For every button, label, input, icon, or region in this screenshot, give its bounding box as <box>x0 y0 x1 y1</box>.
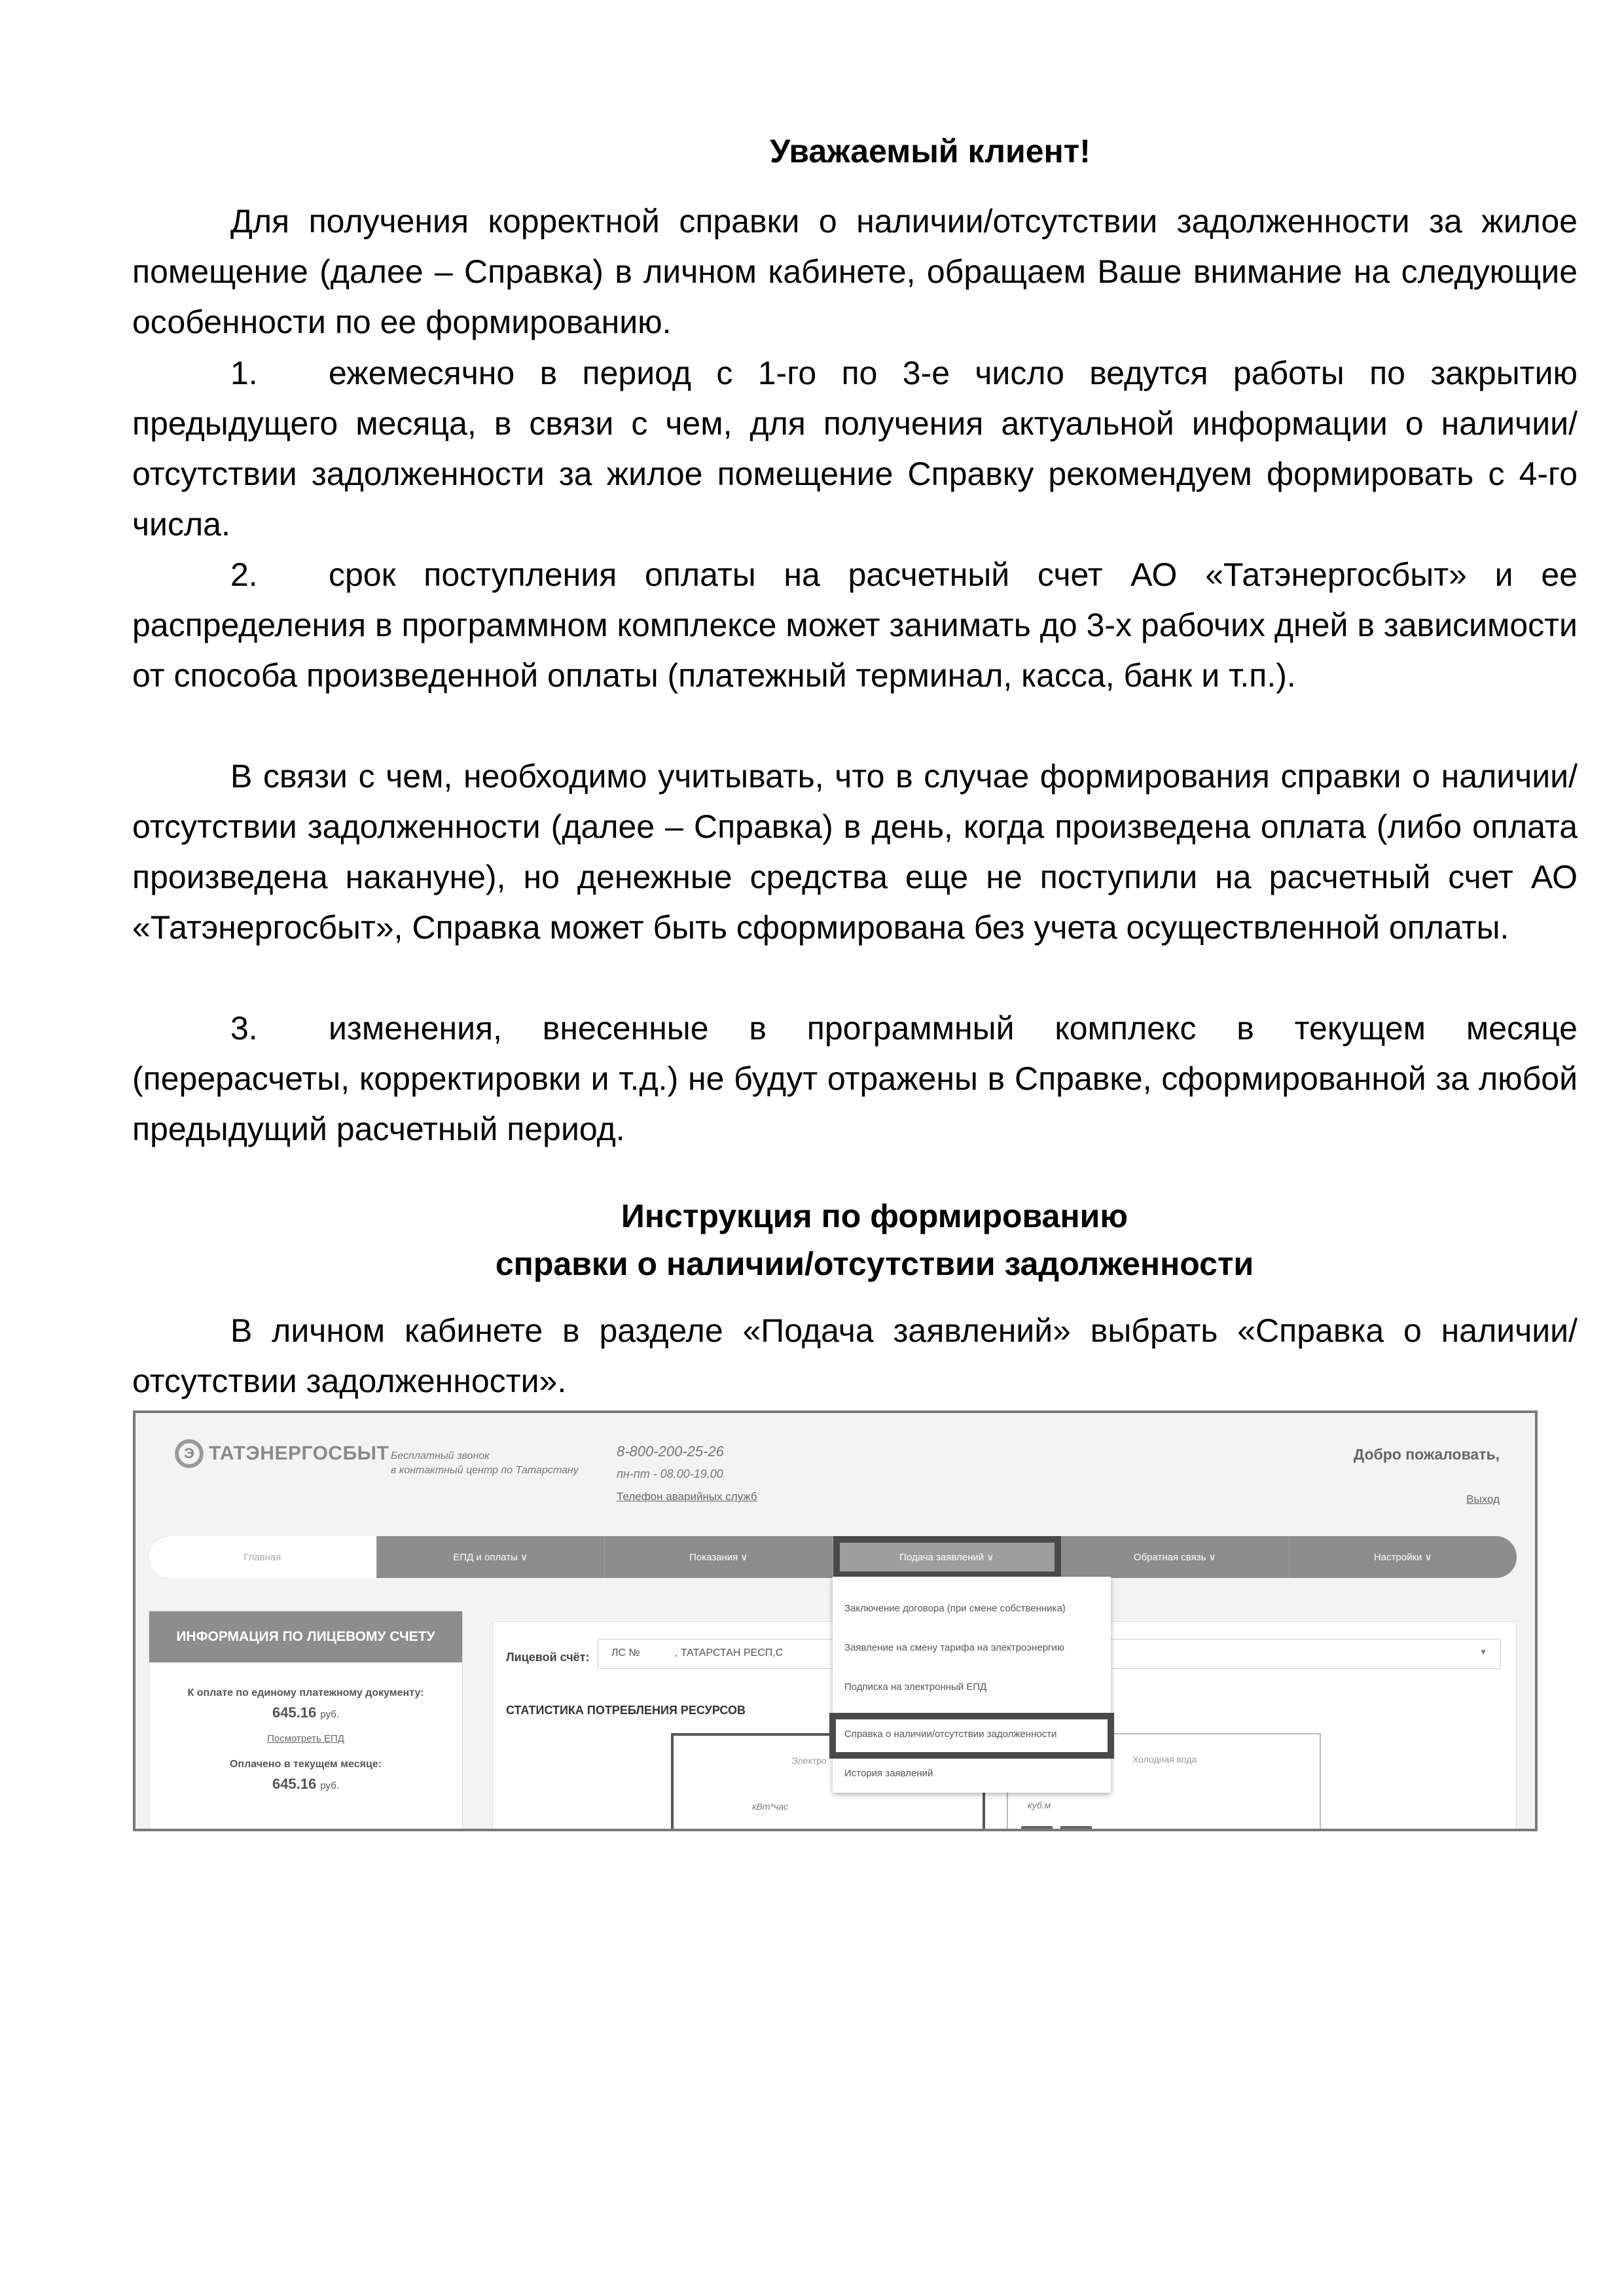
nav-readings[interactable]: Показания ∨ <box>605 1536 833 1578</box>
phone-block: 8-800-200-25-26 пн-пт - 08.00-19.00 <box>617 1441 724 1485</box>
electricity-unit: кВт*час <box>752 1801 788 1812</box>
hotline-line2: в контактный центр по Татарстану <box>391 1463 579 1478</box>
embedded-screenshot: Э ТАТЭНЕРГОСБЫТ Бесплатный звонок в конт… <box>133 1410 1538 1831</box>
dropdown-item-history[interactable]: История заявлений <box>844 1768 933 1779</box>
to-pay-amount: 645.16 руб. <box>149 1704 462 1721</box>
point-1-number: 1. <box>230 348 329 399</box>
intro-paragraph: Для получения корректной справки о налич… <box>132 196 1578 348</box>
account-info-header: ИНФОРМАЦИЯ ПО ЛИЦЕВОМУ СЧЕТУ <box>149 1611 462 1662</box>
working-hours: пн-пт - 08.00-19.00 <box>617 1463 724 1485</box>
electricity-title: Электро <box>791 1755 827 1766</box>
account-info-panel: ИНФОРМАЦИЯ ПО ЛИЦЕВОМУ СЧЕТУ К оплате по… <box>149 1611 463 1831</box>
logo-text: ТАТЭНЕРГОСБЫТ <box>209 1443 389 1465</box>
point-2: 2.срок поступления оплаты на расчетный с… <box>132 550 1578 701</box>
point-3: 3.изменения, внесенные в программный ком… <box>132 1003 1578 1155</box>
applications-dropdown: Заключение договора (при смене собственн… <box>833 1577 1111 1793</box>
point-1: 1.ежемесячно в период с 1-го по 3-е числ… <box>132 348 1578 550</box>
instruction-title-line1: Инструкция по формированию <box>132 1191 1578 1242</box>
cold-water-bar-1: 9 <box>1021 1826 1053 1831</box>
main-nav: Главная ЕПД и оплаты ∨ Показания ∨ Подач… <box>149 1536 1517 1578</box>
welcome-text: Добро пожаловать, <box>1354 1446 1500 1463</box>
cold-water-bar-2: 9 <box>1060 1826 1092 1831</box>
nav-bills[interactable]: ЕПД и оплаты ∨ <box>377 1536 605 1578</box>
paid-label: Оплачено в текущем месяце: <box>149 1759 462 1770</box>
instruction-paragraph: В личном кабинете в разделе «Подача заяв… <box>132 1306 1578 1407</box>
greeting-heading: Уважаемый клиент! <box>132 126 1578 177</box>
account-value-left: ЛС № , ТАТАРСТАН РЕСП,С <box>611 1647 783 1659</box>
view-bill-link[interactable]: Посмотреть ЕПД <box>149 1733 462 1744</box>
nav-settings[interactable]: Настройки ∨ <box>1290 1536 1517 1578</box>
instruction-title-line2: справки о наличии/отсутствии задолженнос… <box>132 1239 1578 1289</box>
nav-home[interactable]: Главная <box>149 1536 377 1578</box>
paid-amount: 645.16 руб. <box>149 1776 462 1793</box>
emergency-phone-link[interactable]: Телефон аварийных служб <box>617 1490 757 1503</box>
cold-water-unit: куб.м <box>1028 1800 1051 1810</box>
point-1-text: ежемесячно в период с 1-го по 3-е число … <box>132 355 1578 543</box>
dropdown-item-e-bill-subscription[interactable]: Подписка на электронный ЕПД <box>844 1681 986 1693</box>
nav-applications[interactable]: Подача заявлений ∨ <box>833 1536 1062 1578</box>
dropdown-item-contract[interactable]: Заключение договора (при смене собственн… <box>844 1603 1066 1614</box>
account-label: Лицевой счёт: <box>506 1651 589 1664</box>
highlight-frame <box>829 1713 1114 1759</box>
chevron-down-icon: ▼ <box>1479 1647 1487 1657</box>
hotline-info: Бесплатный звонок в контактный центр по … <box>391 1449 579 1478</box>
logo[interactable]: Э ТАТЭНЕРГОСБЫТ <box>175 1439 389 1468</box>
note-paragraph: В связи с чем, необходимо учитывать, что… <box>132 751 1578 953</box>
point-3-text: изменения, внесенные в программный компл… <box>132 1010 1578 1147</box>
nav-feedback[interactable]: Обратная связь ∨ <box>1061 1536 1290 1578</box>
cold-water-title: Холодная вода <box>1132 1754 1197 1765</box>
point-2-text: срок поступления оплаты на расчетный сче… <box>132 556 1578 694</box>
hotline-line1: Бесплатный звонок <box>391 1449 579 1463</box>
dropdown-item-tariff-change[interactable]: Заявление на смену тарифа на электроэнер… <box>844 1642 1064 1653</box>
point-3-number: 3. <box>230 1003 329 1054</box>
stats-title: СТАТИСТИКА ПОТРЕБЛЕНИЯ РЕСУРСОВ <box>506 1704 746 1717</box>
logout-link[interactable]: Выход <box>1466 1493 1500 1506</box>
phone-number: 8-800-200-25-26 <box>617 1441 724 1463</box>
logo-icon: Э <box>175 1439 204 1468</box>
to-pay-label: К оплате по единому платежному документу… <box>149 1687 462 1699</box>
point-2-number: 2. <box>230 550 329 600</box>
